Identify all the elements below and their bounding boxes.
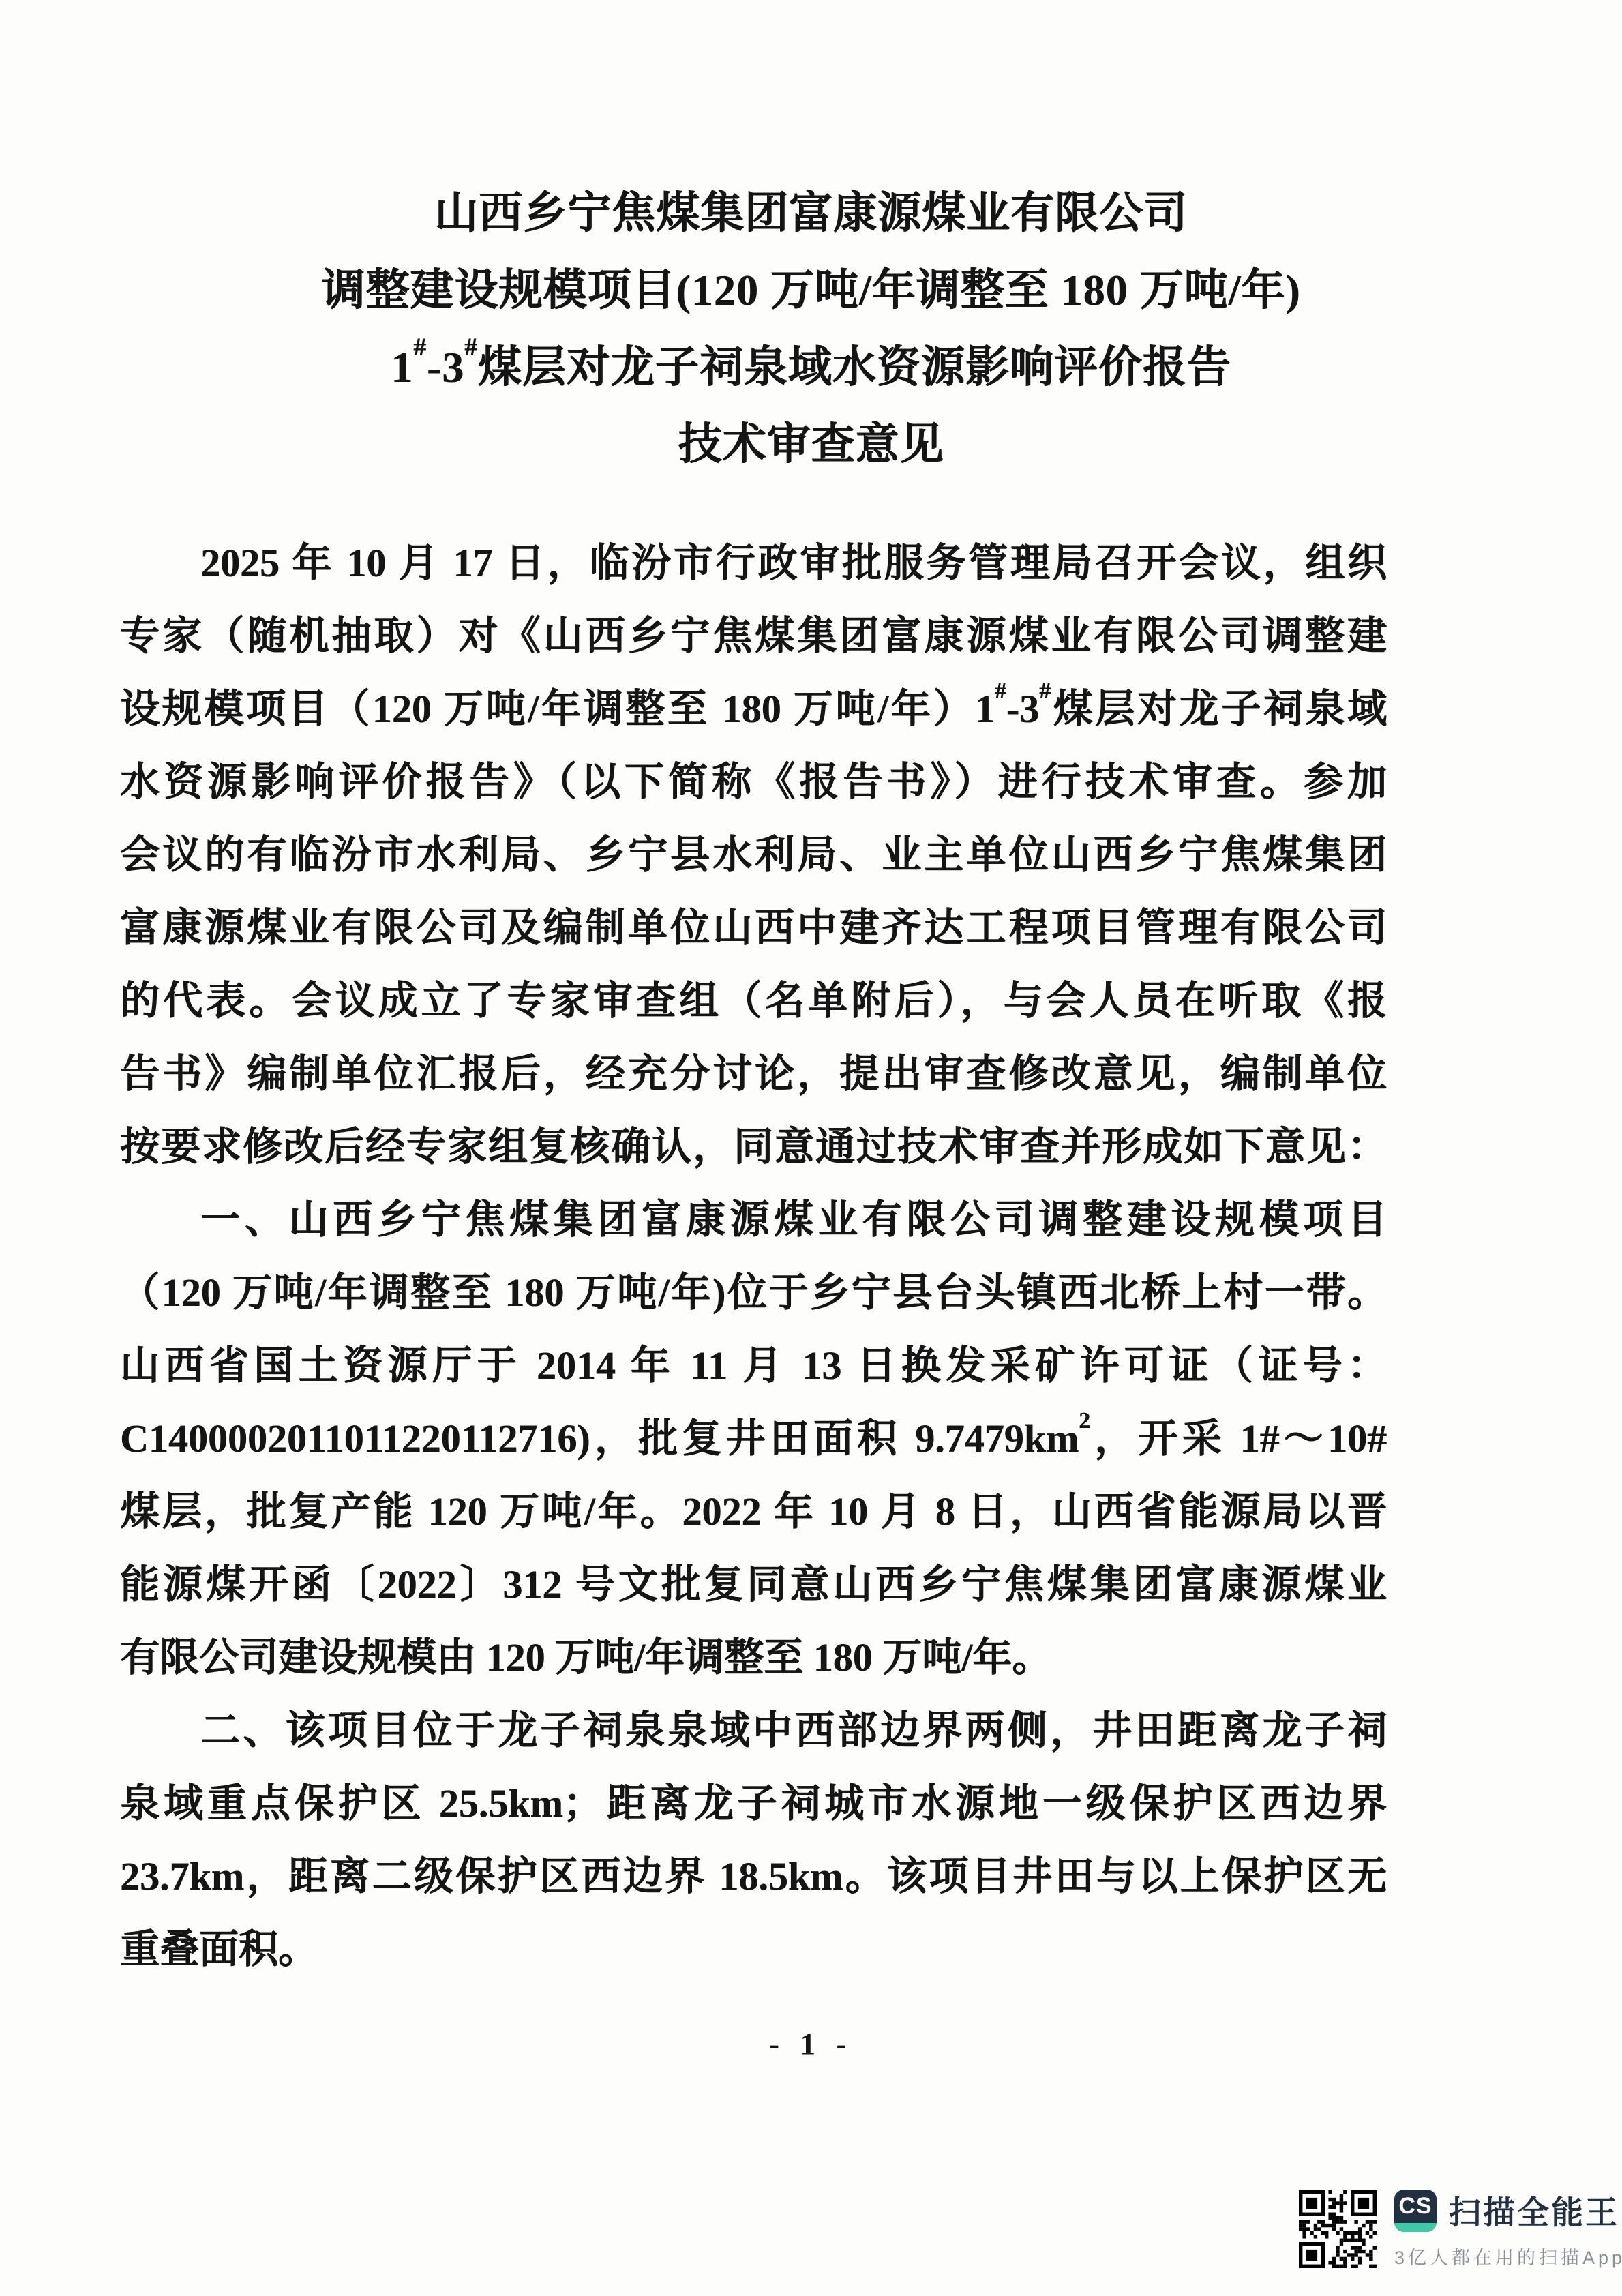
- body-line: 按要求修改后经专家组复核确认，同意通过技术审查并形成如下意见：: [120, 1110, 1387, 1183]
- camscanner-app-name: 扫描全能王: [1449, 2188, 1619, 2233]
- document-title: 山西乡宁焦煤集团富康源煤业有限公司调整建设规模项目(120 万吨/年调整至 18…: [0, 175, 1622, 483]
- text-segment: 调整建设规模项目(120 万吨/年调整至 180 万吨/年): [321, 266, 1300, 314]
- text-segment: 2025 年 10 月 17 日，临汾市行政审批服务管理局召开会议，组织: [200, 541, 1387, 585]
- body-line: 有限公司建设规模由 120 万吨/年调整至 180 万吨/年。: [120, 1621, 1387, 1694]
- text-segment: 会议的有临汾市水利局、乡宁县水利局、业主单位山西乡宁焦煤集团: [120, 833, 1387, 877]
- text-segment: 设规模项目（120 万吨/年调整至 180 万吨/年）1: [120, 687, 995, 731]
- text-segment: （120 万吨/年调整至 180 万吨/年)位于乡宁县台头镇西北桥上村一带。: [120, 1270, 1387, 1315]
- logo-monogram: CS: [1394, 2190, 1437, 2223]
- text-segment: 煤层对龙子祠泉域: [1051, 687, 1387, 731]
- text-segment: 1: [391, 343, 413, 391]
- text-segment: 二、该项目位于龙子祠泉泉域中西部边界两侧，井田距离龙子祠: [200, 1708, 1387, 1753]
- document-title-line: 山西乡宁焦煤集团富康源煤业有限公司: [0, 175, 1622, 252]
- camscanner-branding: CS 扫描全能王 3亿人都在用的扫描App: [1394, 2188, 1622, 2269]
- superscript-text: #: [1039, 679, 1051, 704]
- body-line: 2025 年 10 月 17 日，临汾市行政审批服务管理局召开会议，组织: [120, 526, 1387, 599]
- camscanner-watermark: CS 扫描全能王 3亿人都在用的扫描App: [1299, 2188, 1622, 2269]
- text-segment: 一、山西乡宁焦煤集团富康源煤业有限公司调整建设规模项目: [200, 1197, 1387, 1242]
- superscript-text: 2: [1079, 1408, 1090, 1433]
- text-segment: 有限公司建设规模由 120 万吨/年调整至 180 万吨/年。: [120, 1635, 1051, 1680]
- document-title-line: 调整建设规模项目(120 万吨/年调整至 180 万吨/年): [0, 252, 1622, 329]
- camscanner-tagline: 3亿人都在用的扫描App: [1394, 2243, 1622, 2269]
- body-line: 设规模项目（120 万吨/年调整至 180 万吨/年）1#-3#煤层对龙子祠泉域: [120, 672, 1387, 745]
- document-body: 2025 年 10 月 17 日，临汾市行政审批服务管理局召开会议，组织专家（随…: [120, 526, 1387, 1986]
- body-line: C1400002011011220112716)，批复井田面积 9.7479km…: [120, 1402, 1387, 1475]
- body-line: 二、该项目位于龙子祠泉泉域中西部边界两侧，井田距离龙子祠: [120, 1694, 1387, 1767]
- superscript-text: #: [413, 333, 427, 361]
- text-segment: 重叠面积。: [120, 1927, 318, 1971]
- text-segment: 富康源煤业有限公司及编制单位山西中建齐达工程项目管理有限公司: [120, 906, 1387, 950]
- page-number: - 1 -: [0, 2027, 1622, 2061]
- body-line: 煤层，批复产能 120 万吨/年。2022 年 10 月 8 日，山西省能源局以…: [120, 1475, 1387, 1548]
- superscript-text: #: [464, 333, 478, 361]
- text-segment: 的代表。会议成立了专家审查组（名单附后），与会人员在听取《报: [120, 979, 1387, 1023]
- text-segment: 23.7km，距离二级保护区西边界 18.5km。该项目井田与以上保护区无: [120, 1854, 1387, 1898]
- text-segment: 煤层对龙子祠泉域水资源影响评价报告: [478, 343, 1231, 391]
- text-segment: 告书》编制单位汇报后，经充分讨论，提出审查修改意见，编制单位: [120, 1052, 1387, 1096]
- body-line: 富康源煤业有限公司及编制单位山西中建齐达工程项目管理有限公司: [120, 891, 1387, 964]
- body-line: 23.7km，距离二级保护区西边界 18.5km。该项目井田与以上保护区无: [120, 1840, 1387, 1913]
- body-line: 水资源影响评价报告》（以下简称《报告书》）进行技术审查。参加: [120, 745, 1387, 818]
- text-segment: -3: [1006, 687, 1039, 731]
- text-segment: 按要求修改后经专家组复核确认，同意通过技术审查并形成如下意见：: [120, 1124, 1387, 1169]
- text-segment: 技术审查意见: [678, 420, 944, 468]
- body-line: 一、山西乡宁焦煤集团富康源煤业有限公司调整建设规模项目: [120, 1183, 1387, 1256]
- document-title-line: 技术审查意见: [0, 406, 1622, 483]
- text-segment: 泉域重点保护区 25.5km；距离龙子祠城市水源地一级保护区西边界: [120, 1781, 1387, 1825]
- scanned-document-page: 山西乡宁焦煤集团富康源煤业有限公司调整建设规模项目(120 万吨/年调整至 18…: [0, 0, 1622, 2296]
- text-segment: C1400002011011220112716)，批复井田面积 9.7479km: [120, 1416, 1079, 1461]
- document-title-line: 1#-3#煤层对龙子祠泉域水资源影响评价报告: [0, 329, 1622, 406]
- text-segment: 煤层，批复产能 120 万吨/年。2022 年 10 月 8 日，山西省能源局以…: [120, 1489, 1387, 1534]
- body-line: 山西省国土资源厅于 2014 年 11 月 13 日换发采矿许可证（证号：: [120, 1329, 1387, 1402]
- text-segment: ，开采 1#～10#: [1090, 1416, 1387, 1461]
- body-line: 泉域重点保护区 25.5km；距离龙子祠城市水源地一级保护区西边界: [120, 1767, 1387, 1840]
- body-line: 专家（随机抽取）对《山西乡宁焦煤集团富康源煤业有限公司调整建: [120, 599, 1387, 672]
- text-segment: 能源煤开函〔2022〕312 号文批复同意山西乡宁焦煤集团富康源煤业: [120, 1562, 1387, 1607]
- text-segment: 山西省国土资源厅于 2014 年 11 月 13 日换发采矿许可证（证号：: [120, 1343, 1387, 1388]
- body-line: 会议的有临汾市水利局、乡宁县水利局、业主单位山西乡宁焦煤集团: [120, 818, 1387, 891]
- text-segment: 水资源影响评价报告》（以下简称《报告书》）进行技术审查。参加: [120, 760, 1387, 804]
- body-line: 能源煤开函〔2022〕312 号文批复同意山西乡宁焦煤集团富康源煤业: [120, 1548, 1387, 1621]
- superscript-text: #: [995, 679, 1006, 704]
- logo-teal-strip: [1394, 2223, 1437, 2232]
- text-segment: -3: [427, 343, 464, 391]
- text-segment: 山西乡宁焦煤集团富康源煤业有限公司: [434, 189, 1188, 237]
- body-line: 告书》编制单位汇报后，经充分讨论，提出审查修改意见，编制单位: [120, 1037, 1387, 1110]
- body-line: 的代表。会议成立了专家审查组（名单附后），与会人员在听取《报: [120, 964, 1387, 1037]
- camscanner-logo-icon: CS: [1394, 2190, 1437, 2232]
- text-segment: 专家（随机抽取）对《山西乡宁焦煤集团富康源煤业有限公司调整建: [120, 614, 1387, 658]
- qr-code-icon: [1299, 2190, 1377, 2268]
- body-line: 重叠面积。: [120, 1913, 1387, 1986]
- body-line: （120 万吨/年调整至 180 万吨/年)位于乡宁县台头镇西北桥上村一带。: [120, 1256, 1387, 1329]
